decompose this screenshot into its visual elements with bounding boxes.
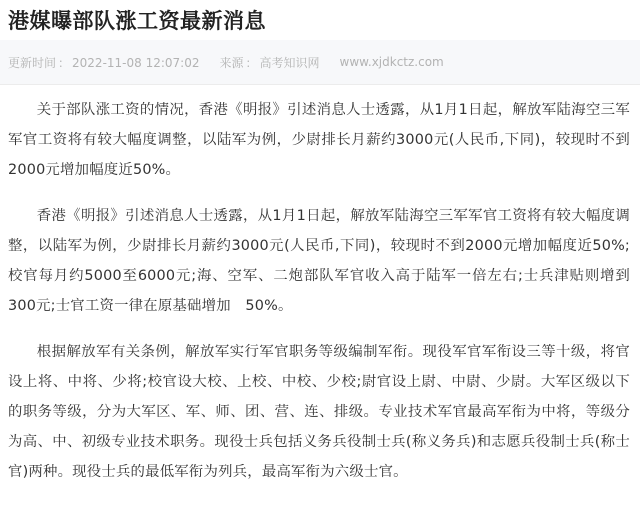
source-name: 高考知识网 bbox=[260, 56, 320, 70]
site-url: www.xjdkctz.com bbox=[340, 55, 444, 69]
source-label: 来源 bbox=[219, 56, 243, 70]
meta-separator: ： bbox=[246, 56, 258, 70]
update-time-value: 2022-11-08 12:07:02 bbox=[72, 56, 199, 70]
article-page: 港媒曝部队涨工资最新消息 更新时间：2022-11-08 12:07:02 来源… bbox=[0, 0, 640, 527]
meta-separator: ： bbox=[58, 56, 70, 70]
update-time-label: 更新时间 bbox=[8, 56, 56, 70]
article-paragraph: 香港《明报》引述消息人士透露，从1月1日起，解放军陆海空三军军官工资将有较大幅度… bbox=[8, 201, 630, 321]
article-header: 港媒曝部队涨工资最新消息 bbox=[0, 0, 640, 40]
article-paragraph: 关于部队涨工资的情况，香港《明报》引述消息人士透露，从1月1日起，解放军陆海空三… bbox=[8, 95, 630, 185]
update-time-meta: 更新时间：2022-11-08 12:07:02 bbox=[8, 54, 199, 71]
article-title: 港媒曝部队涨工资最新消息 bbox=[8, 6, 632, 36]
article-meta-bar: 更新时间：2022-11-08 12:07:02 来源：高考知识网 www.xj… bbox=[0, 40, 640, 85]
source-meta: 来源：高考知识网 bbox=[219, 54, 319, 71]
article-body: 关于部队涨工资的情况，香港《明报》引述消息人士透露，从1月1日起，解放军陆海空三… bbox=[0, 85, 640, 487]
article-paragraph: 根据解放军有关条例，解放军实行军官职务等级编制军衔。现役军官军衔设三等十级，将官… bbox=[8, 337, 630, 487]
